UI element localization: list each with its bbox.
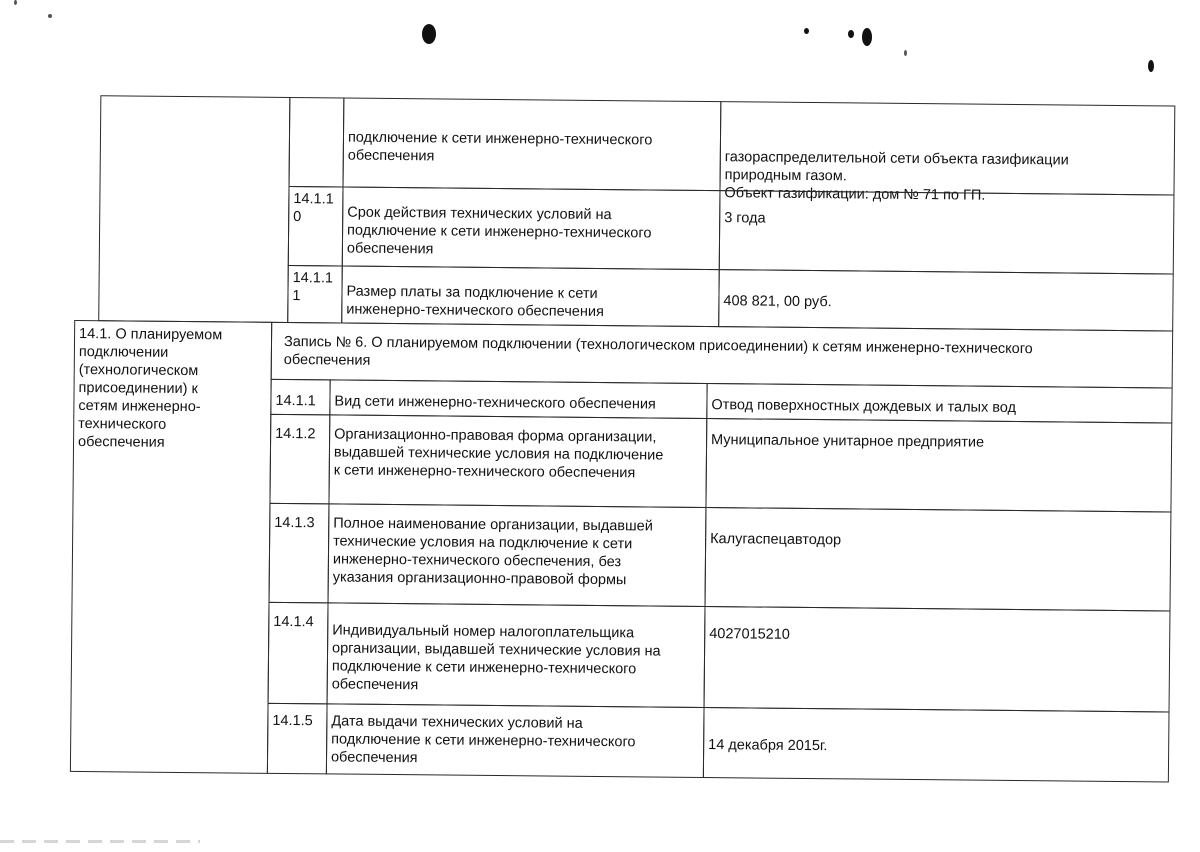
row-value: 408 821, 00 руб. xyxy=(718,269,1174,331)
row-number: 14.1.1 xyxy=(270,379,330,416)
row-value: Калугаспецавтодор xyxy=(704,507,1171,611)
row-label: Организационно-правовая форма организаци… xyxy=(328,414,707,508)
record-header: Запись № 6. О планируемом подключении (т… xyxy=(271,322,1174,389)
scanned-page: подключение к сети инженерно-техническог… xyxy=(0,0,1200,852)
row-label: Дата выдачи технических условий на подкл… xyxy=(326,703,705,778)
row-label: Размер платы за подключение к сети инжен… xyxy=(341,266,720,328)
row-label: Полное наименование организации, выдавше… xyxy=(328,503,707,607)
row-label: Срок действия технических условий на под… xyxy=(342,187,721,271)
row-number xyxy=(289,97,345,188)
row-number: 14.1.1 0 xyxy=(288,186,344,267)
row-value: газораспределительной сети объекта газиф… xyxy=(719,101,1175,195)
section-title-cell-empty xyxy=(98,95,290,323)
row-label: Вид сети инженерно-технического обеспече… xyxy=(329,379,707,419)
row-number: 14.1.3 xyxy=(269,503,330,604)
row-value: 3 года xyxy=(719,190,1175,274)
section-title: 14.1. О планируемом подключении (техноло… xyxy=(70,320,272,774)
row-label: Индивидуальный номер налогоплательщика о… xyxy=(327,602,706,708)
row-value: Отвод поверхностных дождевых и талых вод xyxy=(706,383,1172,423)
row-number: 14.1.4 xyxy=(268,602,329,705)
row-value: 4027015210 xyxy=(704,606,1171,712)
row-number: 14.1.2 xyxy=(269,414,330,505)
row-value: Муниципальное унитарное предприятие xyxy=(705,418,1172,512)
row-number: 14.1.5 xyxy=(267,703,328,775)
row-number: 14.1.1 1 xyxy=(287,265,343,324)
document-table: подключение к сети инженерно-техническог… xyxy=(0,0,1200,852)
row-label: подключение к сети инженерно-техническог… xyxy=(343,98,722,192)
row-value: 14 декабря 2015г. xyxy=(703,707,1170,782)
